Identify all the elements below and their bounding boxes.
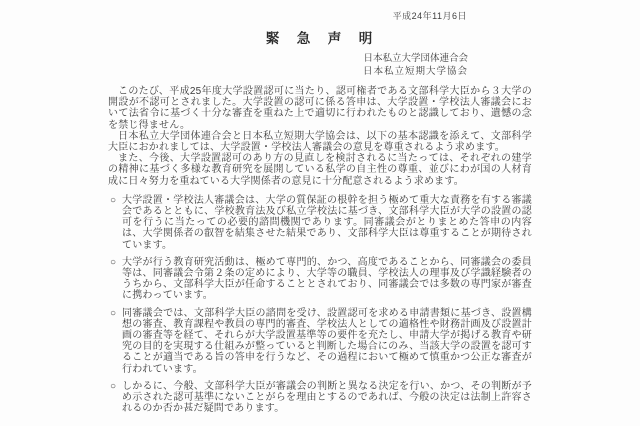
bullet-item-3: ○ 同審議会では、文部科学大臣の諮問を受け、設置認可を求める申請書類に基づき、設… bbox=[108, 308, 532, 375]
bullet-text-4: しかるに、今般、文部科学大臣が審議会の判断と異なる決定を行い、かつ、その判断が予… bbox=[122, 381, 532, 415]
paragraph-3: また、今後、大学設置認可のあり方の見直しを検討されるに当たっては、それぞれの建学… bbox=[108, 153, 532, 187]
bullet-marker-icon: ○ bbox=[108, 195, 122, 251]
paragraph-2: 日本私立大学団体連合会と日本私立短期大学協会は、以下の基本認識を添えて、文部科学… bbox=[108, 131, 532, 153]
bullet-item-4: ○ しかるに、今般、文部科学大臣が審議会の判断と異なる決定を行い、かつ、その判断… bbox=[108, 381, 532, 415]
organization-name-2: 日本私立短期大学協会 bbox=[0, 66, 468, 79]
bullet-item-1: ○ 大学設置・学校法人審議会は、大学の質保証の根幹を担う極めて重大な責務を有する… bbox=[108, 195, 532, 251]
bullet-marker-icon: ○ bbox=[108, 257, 122, 302]
bullet-item-2: ○ 大学が行う教育研究活動は、極めて専門的、かつ、高度であることから、同審議会の… bbox=[108, 257, 532, 302]
bullet-text-2: 大学が行う教育研究活動は、極めて専門的、かつ、高度であることから、同審議会の委員… bbox=[122, 257, 532, 302]
bullet-text-1: 大学設置・学校法人審議会は、大学の質保証の根幹を担う極めて重大な責務を有する審議… bbox=[122, 195, 532, 251]
document-date: 平成24年11月6日 bbox=[0, 11, 640, 22]
bullet-marker-icon: ○ bbox=[108, 381, 122, 415]
paragraph-1: このたび、平成25年度大学設置認可に当たり、認可権者である文部科学大臣から３大学… bbox=[108, 86, 532, 131]
document-title: 緊 急 声 明 bbox=[0, 31, 640, 47]
bullet-text-3: 同審議会では、文部科学大臣の諮問を受け、設置認可を求める申請書類に基づき、設置構… bbox=[122, 308, 532, 375]
organization-name-1: 日本私立大学団体連合会 bbox=[0, 53, 468, 66]
document-page: 平成24年11月6日 緊 急 声 明 日本私立大学団体連合会 日本私立短期大学協… bbox=[0, 0, 640, 426]
bullet-marker-icon: ○ bbox=[108, 308, 122, 375]
document-body: このたび、平成25年度大学設置認可に当たり、認可権者である文部科学大臣から３大学… bbox=[108, 86, 532, 414]
issuing-organizations: 日本私立大学団体連合会 日本私立短期大学協会 bbox=[0, 53, 640, 78]
